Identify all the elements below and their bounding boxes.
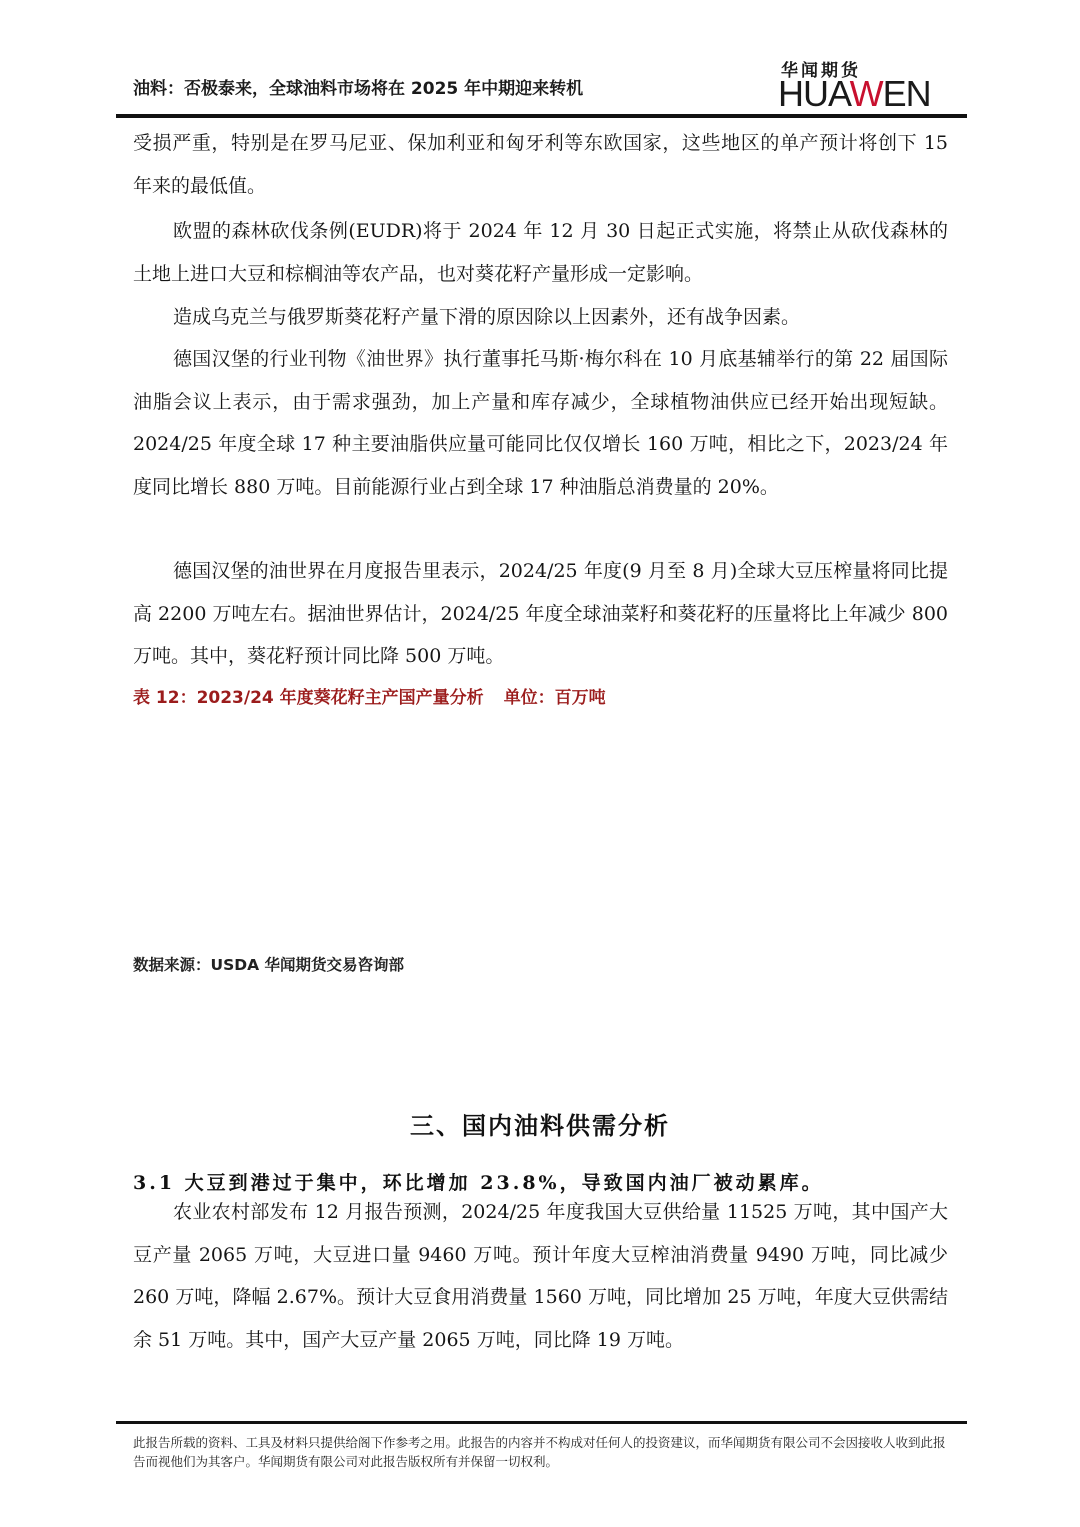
- header-divider: [116, 114, 967, 118]
- huawen-logo: 华闻期货 HUAWEN: [778, 56, 953, 112]
- table-caption-title: 表 12：2023/24 年度葵花籽主产国产量分析: [133, 688, 484, 708]
- table-placeholder: [133, 715, 948, 940]
- logo-w-mark: W: [850, 73, 883, 114]
- table-caption-unit: 单位：百万吨: [504, 688, 606, 708]
- paragraph-3: 造成乌克兰与俄罗斯葵花籽产量下滑的原因除以上因素外，还有战争因素。: [133, 296, 948, 339]
- document-page: 油料：否极泰来，全球油料市场将在 2025 年中期迎来转机 华闻期货 HUAWE…: [0, 0, 1080, 1527]
- data-source-note: 数据来源：USDA 华闻期货交易咨询部: [133, 953, 404, 975]
- paragraph-5: 德国汉堡的油世界在月度报告里表示，2024/25 年度(9 月至 8 月)全球大…: [133, 550, 948, 678]
- section-title: 三、国内油料供需分析: [0, 1106, 1080, 1141]
- paragraph-4: 德国汉堡的行业刊物《油世界》执行董事托马斯·梅尔科在 10 月底基辅举行的第 2…: [133, 338, 948, 508]
- paragraph-2: 欧盟的森林砍伐条例(EUDR)将于 2024 年 12 月 30 日起正式实施，…: [133, 210, 948, 295]
- logo-english-name: HUAWEN: [778, 76, 931, 112]
- logo-en-suffix: EN: [883, 73, 931, 114]
- footer-divider: [116, 1421, 967, 1424]
- subsection-paragraph: 农业农村部发布 12 月报告预测，2024/25 年度我国大豆供给量 11525…: [133, 1191, 948, 1361]
- footer-disclaimer: 此报告所载的资料、工具及材料只提供给阁下作参考之用。此报告的内容并不构成对任何人…: [133, 1433, 953, 1471]
- table-caption: 表 12：2023/24 年度葵花籽主产国产量分析单位：百万吨: [133, 683, 606, 708]
- report-header-title: 油料：否极泰来，全球油料市场将在 2025 年中期迎来转机: [133, 74, 583, 99]
- paragraph-1: 受损严重，特别是在罗马尼亚、保加利亚和匈牙利等东欧国家，这些地区的单产预计将创下…: [133, 122, 948, 207]
- logo-en-prefix: HUA: [778, 73, 850, 114]
